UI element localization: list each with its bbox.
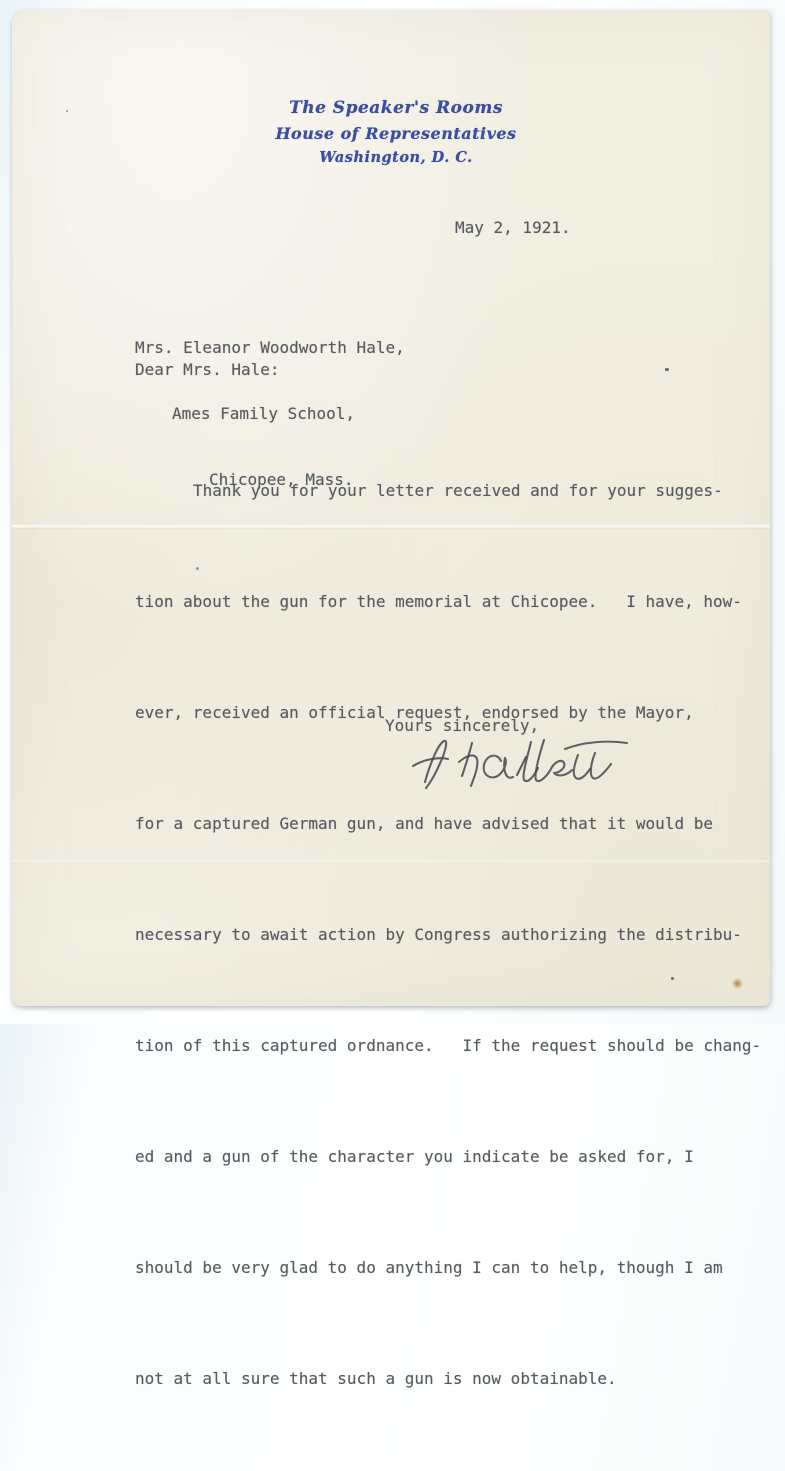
ink-speck: [66, 110, 68, 112]
address-line-1: Mrs. Eleanor Woodworth Hale,: [135, 337, 405, 359]
ink-speck: [665, 368, 669, 371]
letterhead-line-1: The Speaker's Rooms: [22, 98, 770, 118]
foxing-spot: [732, 978, 743, 989]
body-line: necessary to await action by Congress au…: [135, 916, 761, 953]
ink-speck: [196, 567, 199, 570]
letterhead: The Speaker's Rooms House of Representat…: [22, 98, 770, 166]
body-line: Thank you for your letter received and f…: [135, 472, 761, 509]
letter-body: Thank you for your letter received and f…: [135, 398, 761, 1024]
date-line: May 2, 1921.: [455, 218, 571, 237]
body-line: for a captured German gun, and have advi…: [135, 805, 761, 842]
body-line: tion about the gun for the memorial at C…: [135, 583, 761, 620]
ink-speck: [671, 977, 674, 980]
fold-crease: [12, 525, 770, 529]
salutation: Dear Mrs. Hale:: [135, 360, 280, 379]
letterhead-line-2: House of Representatives: [22, 124, 770, 143]
signature-handwriting: [405, 730, 640, 798]
fold-crease: [12, 860, 770, 864]
letter-paper: The Speaker's Rooms House of Representat…: [12, 10, 770, 1006]
letterhead-line-3: Washington, D. C.: [22, 149, 770, 166]
signature: [405, 730, 640, 802]
